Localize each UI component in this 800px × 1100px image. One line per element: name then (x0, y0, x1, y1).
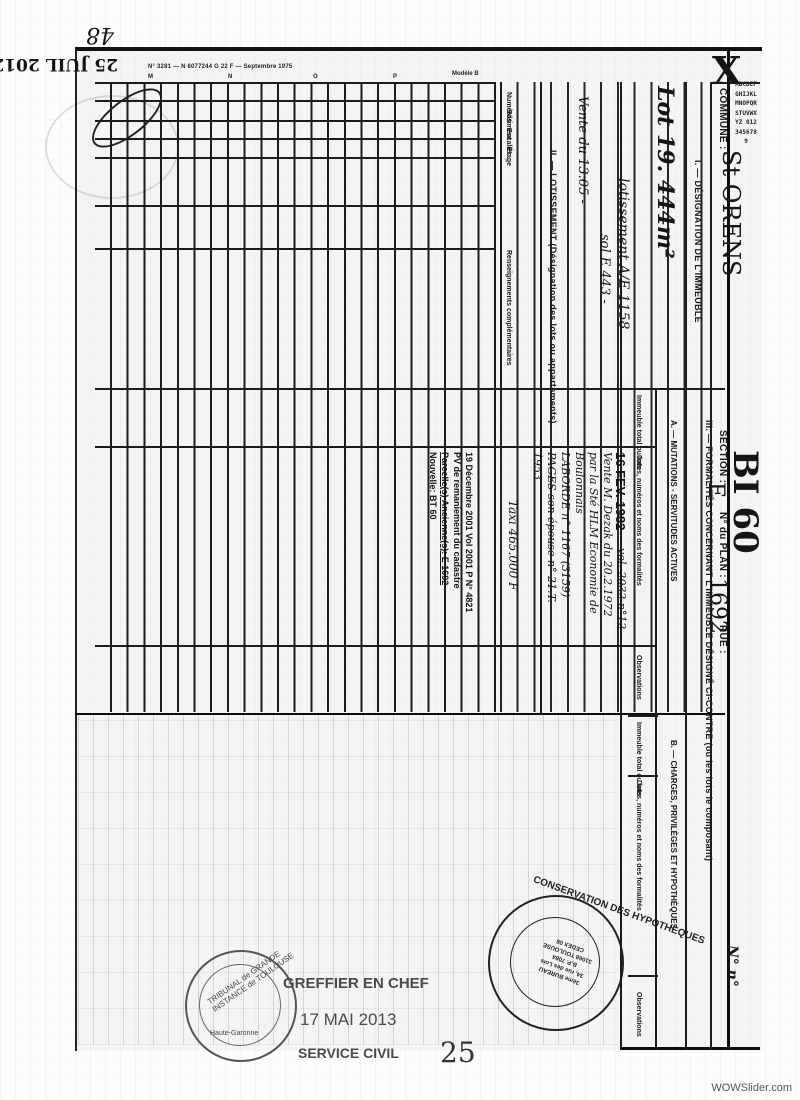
entry-1-line: 1953 . (531, 452, 544, 487)
column-divider (500, 82, 502, 388)
entry-2-line: Nouvelle: BT 60 (428, 452, 438, 520)
entry-2-line: PV de remaniement du cadastre (452, 452, 462, 589)
grid-row-line (95, 157, 495, 159)
alphabet-index-strip: ABCDEFGHIJKLMNOPQRSTUVWXYZ 0123456789 (735, 80, 757, 1060)
column-divider (655, 388, 657, 1050)
part-A-title: A. — MUTATIONS - SERVITUDES ACTIVES (669, 420, 678, 582)
entry-1-line: LABORDE n° 1167 (3159) (559, 452, 572, 597)
watermark: WOWSlider.com (711, 1082, 792, 1094)
col-dates-B: Dates, numéros et noms des formalités (635, 780, 642, 911)
page-number: 48 (86, 22, 114, 47)
part-B-title: B. — CHARGES, PRIVILÈGES ET HYPOTHÈQUES (669, 740, 678, 929)
form-model: Modèle B (452, 71, 479, 77)
grid-columns-right (500, 82, 710, 712)
col-observations-B: Observations (635, 992, 642, 1037)
form-code: N° 3281 — N 6077244 G 22 F — Septembre 1… (148, 64, 292, 70)
handwritten-number: 25 (440, 1036, 476, 1069)
grid-row-line (95, 446, 655, 448)
greffier-service: SERVICE CIVIL (298, 1045, 399, 1061)
section-III-title: III. — FORMALITÉS CONCERNANT L'IMMEUBLE … (704, 420, 714, 861)
grid-row-line (95, 645, 655, 647)
grid-row-line (628, 775, 658, 777)
tribunal-bottom-text: Haute-Garonne (210, 1030, 258, 1037)
grid-row-line (95, 100, 495, 102)
commune-label: COMMUNE : (717, 88, 728, 150)
subheader-complementaires: Renseignements complémentaires (505, 250, 512, 366)
handwritten-vente: Vente du 13.05 - (575, 96, 590, 204)
nb-mark: N° n° (724, 945, 740, 987)
rue-label: RUE : (717, 625, 728, 654)
entry-1-date: 16 FEV. 1982 (613, 452, 628, 530)
date-stamp-received: 25 JUIL 2012 (0, 54, 118, 74)
grid-row-line (95, 120, 495, 122)
entry-1-line: PAGES son épouse n° 21.T. (545, 452, 558, 603)
column-divider (540, 82, 542, 713)
entry-2-line: 19 Décembre 2001 Vol 2001 P N° 4821 (464, 452, 474, 612)
subheader-etage: Étage (505, 147, 512, 166)
grid-row-line (95, 138, 495, 140)
col-observations-A: Observations (635, 655, 642, 700)
grid-row-line (628, 715, 658, 717)
grid-row-line (95, 205, 495, 207)
grid-row-line (95, 388, 725, 390)
grid-row-line (95, 82, 495, 84)
col-dates-A: Dates, numéros et noms des formalités (635, 455, 642, 586)
entry-2-line: Parcelle(s) Ancienne(s): E 1692 (440, 452, 450, 585)
section-I-title: I. — DÉSIGNATION DE L'IMMEUBLE (693, 160, 703, 323)
grid-columns-left (110, 82, 505, 712)
column-marker: N (228, 74, 232, 80)
entry-1-amount: Taxi 465.000 F (506, 500, 520, 590)
entry-1-line: vol. 2032 n°12 (615, 548, 628, 629)
column-divider (685, 82, 687, 1050)
column-marker: M (148, 74, 153, 80)
column-marker: P (393, 74, 397, 80)
handwritten-lot: Lot 19. 444m² (652, 86, 678, 259)
entry-1-line: Boulonnais (573, 452, 586, 514)
grid-row-line (628, 975, 658, 977)
handwritten-sol: sol E 443 - (597, 234, 612, 304)
handwritten-lotissement: lotissement A/E 1158 (615, 178, 631, 329)
entry-1-line: Vente M. Dezak du 20.2.1972 (601, 452, 614, 617)
section-II-title: II. — LOTISSEMENT (Désignation des lots … (548, 150, 558, 424)
greffier-title: GREFFIER EN CHEF (283, 975, 429, 992)
entry-1-line: par la Sté HLM Economie de (587, 452, 600, 614)
greffier-date: 17 MAI 2013 (300, 1010, 396, 1030)
column-marker: O (313, 74, 318, 80)
grid-row-line (95, 248, 495, 250)
